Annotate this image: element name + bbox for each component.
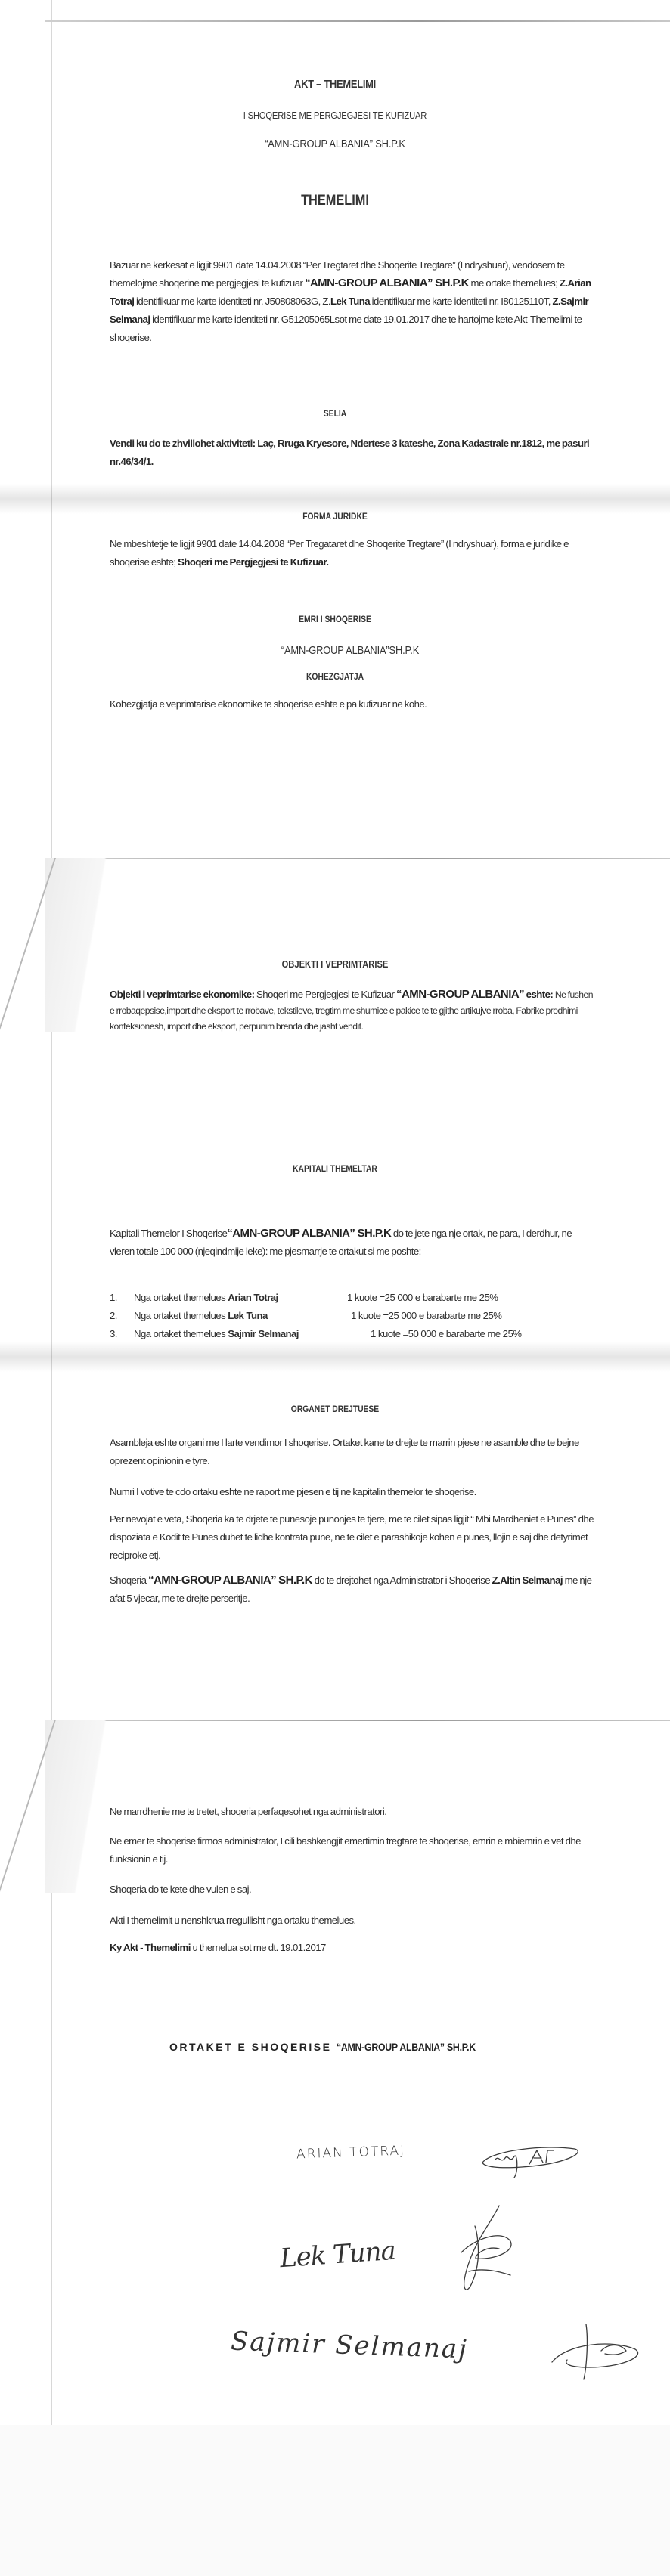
kapitali-paragraph: Kapitali Themelor I Shoqerise“AMN-GROUP … [110, 1225, 594, 1261]
section-heading-objekti: OBJEKTI I VEPRIMTARISE [47, 958, 623, 970]
page-fold-line [45, 858, 670, 859]
signature-mark-icon [431, 2200, 529, 2298]
page-corner-fold [45, 1720, 113, 1893]
closing-paragraph-date: Ky Akt - Themelimi u themelua sot me dt.… [110, 1939, 594, 1957]
signature-arian-totraj: ARIAN TOTRAJ [296, 2143, 406, 2162]
document-page-1: AKT – THEMELIMI I SHOQERISE ME PERGJEGJE… [0, 0, 670, 858]
scan-shadow [0, 1342, 670, 1372]
document-title: AKT – THEMELIMI [47, 78, 623, 91]
company-name-bold: “AMN-GROUP ALBANIA” SH.P.K [227, 1227, 391, 1240]
intro-paragraph: Bazuar ne kerkesat e ligjit 9901 date 14… [110, 256, 594, 347]
section-heading-kohezgjatja: KOHEZGJATJA [47, 671, 623, 682]
objekti-paragraph: Objekti i veprimtarise ekonomike: Shoqer… [110, 986, 594, 1035]
page-fold-line [45, 20, 670, 22]
company-name-bold: “AMN-GROUP ALBANIA” [396, 988, 524, 1001]
shareholder-name: Sajmir Selmanaj [228, 1328, 299, 1339]
document-subtitle: I SHOQERISE ME PERGJEGJESI TE KUFIZUAR [47, 110, 623, 121]
closing-paragraph-2: Ne emer te shoqerise firmos administrato… [110, 1832, 594, 1869]
page-corner-fold [45, 858, 113, 1032]
company-name: “AMN-GROUP ALBANIA”SH.P.K [75, 644, 625, 657]
section-heading-themelimi: THEMELIMI [47, 193, 623, 209]
legal-form-bold: Shoqeri me Pergjegjesi te Kufizuar. [178, 556, 328, 568]
shareholder-row: 2. Nga ortaket themelues Lek Tuna 1 kuot… [110, 1310, 594, 1327]
section-heading-organet: ORGANET DREJTUESE [47, 1404, 623, 1414]
company-name-bold: “AMN-GROUP ALBANIA” SH.P.K [148, 1574, 312, 1587]
section-heading-kapitali: KAPITALI THEMELTAR [47, 1163, 623, 1174]
page-fold-line [45, 1720, 670, 1721]
page-edge [51, 1833, 52, 2425]
administrator-name: Z.Altin Selmanaj [492, 1574, 563, 1586]
organet-paragraph-1: Asambleja eshte organi me I larte vendim… [110, 1434, 594, 1470]
page-edge [51, 0, 52, 858]
organet-paragraph-4: Shoqeria “AMN-GROUP ALBANIA” SH.P.K do t… [110, 1571, 594, 1608]
shareholder-share: 1 kuote =50 000 e barabarte me 25% [371, 1328, 521, 1339]
forma-paragraph: Ne mbeshtetje te ligjit 9901 date 14.04.… [110, 535, 594, 571]
shareholder-share: 1 kuote =25 000 e barabarte me 25% [347, 1292, 498, 1303]
shareholder-name: Lek Tuna [228, 1310, 268, 1321]
section-heading-selia: SELIA [47, 408, 623, 419]
shareholder-row: 1. Nga ortaket themelues Arian Totraj 1 … [110, 1292, 594, 1308]
closing-paragraph-4: Akti I themelimit u nenshkrua rregullish… [110, 1912, 594, 1930]
selia-paragraph: Vendi ku do te zhvillohet aktiviteti: La… [110, 435, 594, 471]
signature-mark-icon [544, 2321, 643, 2381]
closing-paragraph-1: Ne marrdhenie me te tretet, shoqeria per… [110, 1803, 594, 1821]
organet-paragraph-2: Numri I votive te cdo ortaku eshte ne ra… [110, 1483, 594, 1501]
shareholder-share: 1 kuote =25 000 e barabarte me 25% [351, 1310, 501, 1321]
partner-name: Lek Tuna [330, 296, 370, 307]
company-name-header: “AMN-GROUP ALBANIA” SH.P.K [47, 138, 623, 150]
signature-lek-tuna: Lek Tuna [279, 2236, 396, 2274]
signatories-heading: ORTAKET E SHOQERISE “AMN-GROUP ALBANIA” … [169, 2041, 563, 2053]
closing-paragraph-3: Shoqeria do te kete dhe vulen e saj. [110, 1881, 594, 1899]
document-page-3: Ne marrdhenie me te tretet, shoqeria per… [0, 1720, 670, 2425]
section-heading-emri: EMRI I SHOQERISE [47, 614, 623, 624]
signature-sajmir-selmanaj: Sajmir Selmanaj [230, 2327, 468, 2365]
shareholder-name: Arian Totraj [228, 1292, 278, 1303]
section-heading-forma-juridike: FORMA JURIDKE [47, 511, 623, 522]
kohezgjatja-paragraph: Kohezgjatja e veprimtarise ekonomike te … [110, 695, 594, 714]
organet-paragraph-3: Per nevojat e veta, Shoqeria ka te drjet… [110, 1510, 594, 1565]
company-name-bold: “AMN-GROUP ALBANIA” SH.P.K [305, 277, 469, 289]
signature-mark-icon [476, 2141, 582, 2179]
scan-shadow [0, 484, 670, 514]
document-page-2: OBJEKTI I VEPRIMTARISE Objekti i veprimt… [0, 858, 670, 1720]
